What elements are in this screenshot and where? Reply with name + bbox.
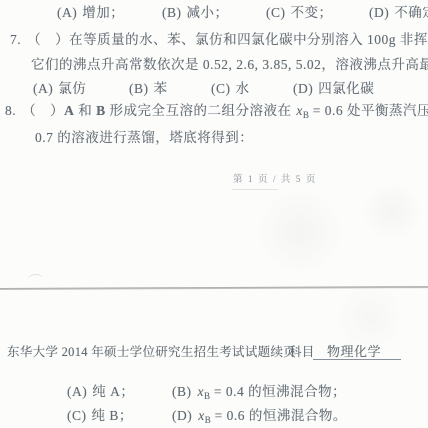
q7-option-a: (A)氯仿	[33, 80, 86, 97]
q8-line2: 0.7 的溶液进行蒸馏，塔底将得到：	[35, 129, 253, 146]
scan-tear-mark	[28, 273, 44, 285]
q6-option-b: (B)减小；	[162, 4, 229, 21]
q6-option-a-label: (A)	[57, 5, 77, 20]
footer-underline	[232, 189, 278, 190]
q6-option-b-text: 减小；	[187, 5, 229, 20]
q8-option-b-text: = 0.4 的恒沸混合物；	[210, 384, 346, 399]
q8-text-line2: 0.7 的溶液进行蒸馏，塔底将得到：	[35, 130, 253, 145]
q8-option-b: (B)xB = 0.4 的恒沸混合物；	[172, 383, 346, 405]
q8-text-mid: 形成完全互溶的二组分溶液在	[106, 103, 296, 118]
q7-option-b: (B)苯	[129, 80, 168, 97]
q7-option-c-label: (C)	[211, 81, 231, 96]
page-number-footer: 第 1 页 / 共 5 页	[233, 172, 317, 189]
q8-option-c-label: (C)	[67, 408, 87, 423]
q7-line2: 它们的沸点升高常数依次是 0.52, 2.6, 3.85, 5.02，溶液沸点升…	[31, 56, 428, 73]
q6-option-c: (C)不变；	[266, 4, 333, 21]
q6-option-a-text: 增加；	[82, 5, 124, 20]
q7-option-b-label: (B)	[129, 81, 149, 96]
q8-option-b-label: (B)	[172, 384, 192, 399]
q7-line1: 7.（ ）在等质量的水、苯、氯仿和四氯化碳中分别溶入 100g 非挥发	[10, 31, 428, 48]
q8-option-c-text: 纯 B；	[92, 408, 133, 423]
q7-option-a-text: 氯仿	[58, 81, 86, 96]
q7-answer-bracket: （ ）	[27, 32, 69, 47]
q8-answer-bracket: （ ）	[22, 103, 64, 118]
q8-component-b: B	[96, 103, 106, 118]
q7-option-d: (D)四氯化碳	[293, 80, 374, 97]
q6-option-b-label: (B)	[162, 5, 182, 20]
q6-option-d-label: (D)	[369, 5, 389, 20]
q8-mole-fraction-variable: x	[295, 103, 303, 118]
q6-option-d: (D)不确定	[369, 4, 428, 21]
q7-option-c-text: 水	[236, 81, 250, 96]
q8-text-end: = 0.6 处平衡蒸汽压	[309, 103, 428, 118]
q8-option-c: (C)纯 B；	[67, 407, 133, 424]
q8-option-d-label: (D)	[172, 408, 192, 423]
scanned-exam-page: (A)增加； (B)减小； (C)不变； (D)不确定 7.（ ）在等质量的水、…	[0, 0, 428, 428]
q6-option-d-text: 不确定	[394, 5, 428, 20]
q7-option-b-text: 苯	[154, 81, 168, 96]
q8-option-d-variable: x	[197, 408, 205, 423]
continuation-page-header: 东华大学 2014 年硕士学位研究生招生考试试题续页	[7, 344, 296, 361]
q7-option-c: (C)水	[211, 80, 250, 97]
q7-option-d-label: (D)	[293, 81, 313, 96]
q8-option-a-label: (A)	[67, 384, 87, 399]
q8-option-d: (D)xB = 0.6 的恒沸混合物。	[172, 407, 347, 428]
q8-option-b-variable: x	[197, 384, 205, 399]
q7-text-line2: 它们的沸点升高常数依次是 0.52, 2.6, 3.85, 5.02，溶液沸点升…	[31, 57, 428, 72]
q7-number: 7.	[10, 32, 21, 47]
q7-text-line1: 在等质量的水、苯、氯仿和四氯化碳中分别溶入 100g 非挥发	[69, 32, 428, 47]
page-separator-line	[0, 286, 428, 289]
q8-component-a: A	[64, 103, 74, 118]
q6-option-c-label: (C)	[266, 5, 286, 20]
q6-option-c-text: 不变；	[291, 5, 333, 20]
q8-option-a: (A)纯 A；	[67, 383, 134, 400]
q8-line1: 8.（ ）A 和 B 形成完全互溶的二组分溶液在 xB = 0.6 处平衡蒸汽压	[5, 102, 428, 124]
q7-option-a-label: (A)	[33, 81, 53, 96]
subject-value: 物理化学	[327, 343, 381, 360]
q6-option-a: (A)增加；	[57, 4, 124, 21]
q8-number: 8.	[5, 103, 16, 118]
subject-label: 科目	[289, 344, 315, 361]
q8-option-d-text: = 0.6 的恒沸混合物。	[211, 408, 347, 423]
q8-option-a-text: 纯 A；	[92, 384, 134, 399]
q8-conjunction: 和	[74, 103, 96, 118]
q7-option-d-text: 四氯化碳	[318, 81, 374, 96]
